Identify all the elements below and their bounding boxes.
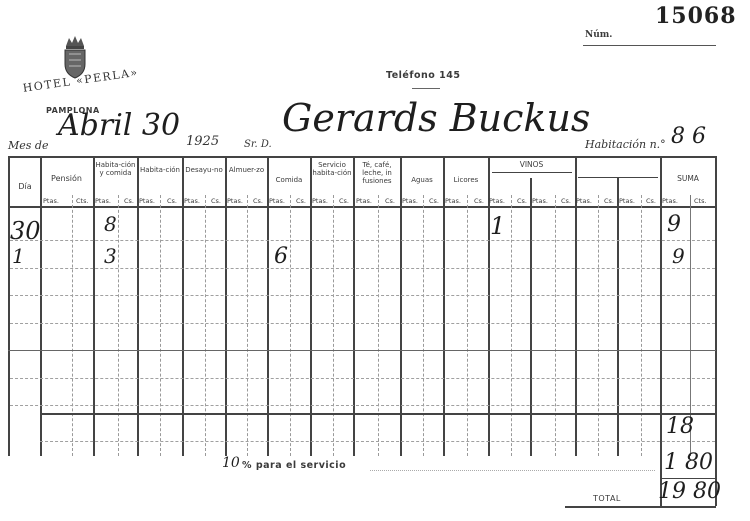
header-hab-comida: Habita-ción y comida: [94, 161, 137, 177]
number-label: Núm.: [585, 30, 612, 40]
receipt-number: 15068: [655, 3, 737, 29]
sub-almuerzo-cs: Cs.: [253, 197, 263, 205]
telephone-underline: [412, 88, 440, 89]
sub-suma-cts: Cts.: [694, 197, 707, 205]
sub-blank1-cs: Cs.: [604, 197, 614, 205]
sub-habcomida-ptas: Ptas.: [95, 197, 111, 205]
row1-dia: 30: [10, 217, 41, 245]
sub-aguas-ptas: Ptas.: [402, 197, 418, 205]
sub-comida-ptas: Ptas.: [269, 197, 285, 205]
room-value: 8 6: [671, 124, 706, 149]
sub-desayuno-ptas: Ptas.: [184, 197, 200, 205]
row2-dia: 1: [12, 244, 25, 268]
sub-desayuno-cs: Cs.: [211, 197, 221, 205]
row1-suma: 9: [667, 212, 681, 237]
sub-te-cs: Cs.: [385, 197, 395, 205]
room-label: Habitación n.°: [585, 138, 666, 151]
header-dia: Día: [10, 183, 40, 191]
sub-pension-cts: Cts.: [76, 197, 89, 205]
year: 1925: [186, 134, 219, 149]
sub-suma-ptas: Ptas.: [662, 197, 678, 205]
row1-vinos: 1: [490, 212, 505, 240]
sub-licores-ptas: Ptas.: [445, 197, 461, 205]
header-te-cafe: Té, café, leche, in fusiones: [354, 161, 400, 185]
telephone: Teléfono 145: [386, 70, 460, 81]
month-value: Abril 30: [58, 108, 180, 143]
number-underline: [583, 45, 716, 46]
total-value: 19 80: [658, 479, 721, 504]
sub-licores-cs: Cs.: [474, 197, 484, 205]
header-comida: Comida: [268, 176, 310, 184]
row1-hab-comida: 8: [104, 212, 117, 236]
sub-pension-ptas: Ptas.: [43, 197, 59, 205]
sub-aguas-cs: Cs.: [429, 197, 439, 205]
sub-habcomida-cs: Cs.: [124, 197, 134, 205]
row2-suma: 9: [672, 244, 685, 268]
row2-hab-comida: 3: [104, 244, 117, 268]
header-desayuno: Desayu-no: [183, 166, 225, 174]
service-label: % para el servicio: [242, 460, 346, 471]
service-amount: 1 80: [664, 450, 713, 475]
sub-servicio-ptas: Ptas.: [312, 197, 328, 205]
sub-servicio-cs: Cs.: [339, 197, 349, 205]
sub-blank2-ptas: Ptas.: [619, 197, 635, 205]
guest-name: Gerards Buckus: [282, 96, 590, 140]
service-percent: 10: [222, 455, 240, 471]
header-aguas: Aguas: [401, 176, 443, 184]
sr-label: Sr. D.: [244, 139, 272, 150]
service-dotted-line: [370, 470, 655, 471]
sub-blank1-ptas: Ptas.: [576, 197, 592, 205]
sub-vinos2-cs: Cs.: [561, 197, 571, 205]
header-licores: Licores: [444, 176, 488, 184]
header-servicio: Servicio habita-ción: [311, 161, 353, 177]
subtotal-value: 18: [666, 414, 694, 439]
sub-hab-ptas: Ptas.: [139, 197, 155, 205]
sub-vinos1-ptas: Ptas.: [489, 197, 505, 205]
header-pension: Pensión: [40, 175, 93, 183]
row2-comida: 6: [274, 244, 288, 269]
header-suma: SUMA: [661, 175, 715, 183]
total-label: TOTAL: [593, 494, 621, 503]
sub-te-ptas: Ptas.: [356, 197, 372, 205]
header-almuerzo: Almuer-zo: [226, 166, 267, 174]
sub-vinos2-ptas: Ptas.: [532, 197, 548, 205]
sub-blank2-cs: Cs.: [646, 197, 656, 205]
sub-hab-cs: Cs.: [167, 197, 177, 205]
sub-almuerzo-ptas: Ptas.: [227, 197, 243, 205]
header-habitacion: Habita-ción: [138, 166, 182, 174]
sub-vinos1-cs: Cs.: [517, 197, 527, 205]
header-vinos: VINOS: [488, 161, 575, 169]
sub-comida-cs: Cs.: [296, 197, 306, 205]
month-label: Mes de: [8, 139, 48, 152]
